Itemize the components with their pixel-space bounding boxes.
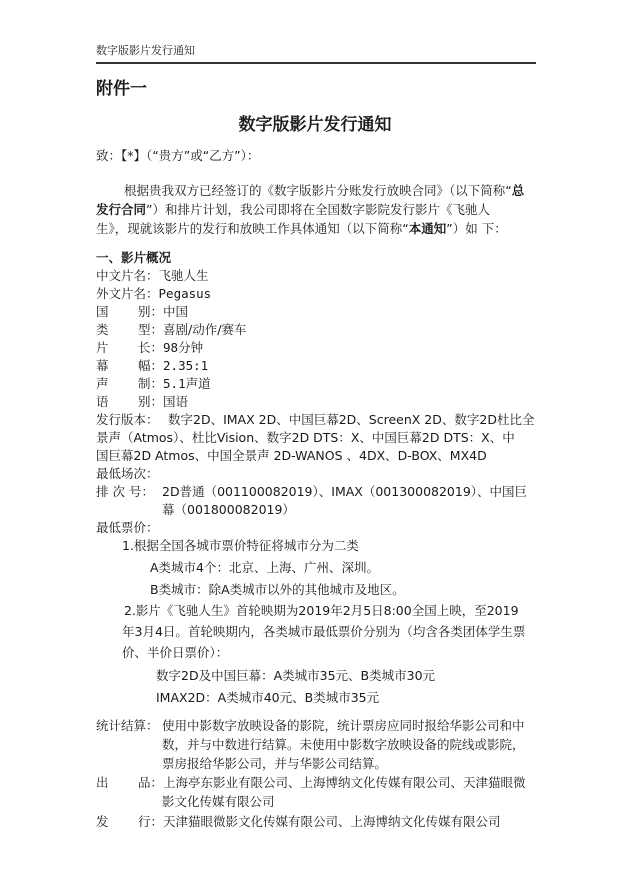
intro-line-2: 发行合同”）和排片计划，我公司即将在全国数字影院发行影片《飞驰人 [96,200,490,220]
field-value: 天津猫眼微影文化传媒有限公司、上海博纳文化传媒有限公司 [163,814,501,829]
intro-text: 根据贵我双方已经签订的《数字版影片分账发行放映合同》（以下简称“ [124,183,512,198]
field-aspect-ratio: 幕幅：2.35:1 [96,356,208,376]
producers-line-1: 出品：上海亭东影业有限公司、上海博纳文化传媒有限公司、天津猫眼微 [96,773,526,793]
field-label: 发 [96,812,138,832]
price-digital-2d: 数字2D及中国巨幕：A类城市35元、B类城市30元 [156,666,435,686]
field-value: 2.35:1 [163,358,208,373]
field-label: 语 [96,392,138,412]
schedule-no-line-1: 排 次 号：2D普通（001100082019）、IMAX（0013000820… [96,482,527,502]
field-label: 类 [96,320,138,340]
document-title: 数字版影片发行通知 [0,110,630,135]
city-category-a: A类城市4个：北京、上海、广州、深圳。 [150,558,379,578]
price-imax-2d: IMAX2D：A类城市40元、B类城市35元 [156,688,379,708]
release-versions-line-1: 发行版本：数字2D、IMAX 2D、中国巨幕2D、ScreenX 2D、数字2D… [96,410,534,430]
field-value: 中国 [163,304,188,319]
field-country: 国别：中国 [96,302,188,322]
running-header: 数字版影片发行通知 [96,42,195,58]
field-value: 喜剧/动作/赛车 [163,322,246,337]
field-label: 行： [138,814,163,829]
field-value: 使用中影数字放映设备的影院，统计票房应同时报给华影公司和中 [162,718,525,733]
field-label: 品： [138,775,163,790]
field-value: Pegasus [159,286,212,301]
field-language: 语别：国语 [96,392,188,412]
release-versions-line-2: 景声（Atmos）、杜比Vision、数字2D DTS：X、中国巨幕2D DTS… [96,428,515,448]
intro-bold: 总 [512,183,525,198]
field-label: 长： [138,340,163,355]
field-label: 出 [96,773,138,793]
field-label: 别： [138,394,163,409]
field-label: 别： [138,304,163,319]
price-rule-1: 1.根据全国各城市票价特征将城市分为二类 [122,536,359,556]
field-value: 数字2D、IMAX 2D、中国巨幕2D、ScreenX 2D、数字2D杜比全 [168,412,534,427]
annex-label: 附件一 [96,74,147,99]
field-chinese-title: 中文片名：飞驰人生 [96,266,209,286]
field-label: 幕 [96,356,138,376]
section-heading: 一、影片概况 [96,248,171,268]
field-label: 片 [96,338,138,358]
field-value: 飞驰人生 [159,268,209,283]
price-rule-2-line-2: 年3月4日。首轮映期内，各类城市最低票价分别为（均含各类团体学生票 [122,622,525,642]
price-rule-2-line-3: 价、半价日票价）： [122,643,228,663]
intro-bold: 本通知 [409,221,447,236]
schedule-no-line-2: 幕（001800082019） [162,500,295,520]
field-value: 5.1声道 [163,376,211,391]
distributors-line: 发行：天津猫眼微影文化传媒有限公司、上海博纳文化传媒有限公司 [96,812,501,832]
field-label: 中文片名： [96,266,159,286]
settlement-line-2: 数，并与中数进行结算。未使用中影数字放映设备的院线或影院， [162,735,525,755]
settlement-line-3: 票房报给华影公司，并与华影公司结算。 [162,754,387,774]
field-label: 幅： [138,358,163,373]
field-value: 2D普通（001100082019）、IMAX（001300082019）、中国… [162,484,527,499]
min-price-label: 最低票价： [96,518,159,538]
field-sound: 声制：5.1声道 [96,374,211,394]
field-foreign-title: 外文片名：Pegasus [96,284,211,304]
intro-line-3: 生》，现就该影片的发行和放映工作具体通知（以下简称“本通知”）如 下： [96,219,507,239]
field-value: 98分钟 [163,340,203,355]
field-label: 型： [138,322,163,337]
intro-bold: 发行合同 [96,202,146,217]
settlement-line-1: 统计结算：使用中影数字放映设备的影院，统计票房应同时报给华影公司和中 [96,716,525,736]
intro-line-1: 根据贵我双方已经签订的《数字版影片分账发行放映合同》（以下简称“总 [124,181,524,201]
field-genre: 类型：喜剧/动作/赛车 [96,320,246,340]
field-runtime: 片长：98分钟 [96,338,203,358]
field-label: 国 [96,302,138,322]
release-versions-line-3: 国巨幕2D Atmos、中国全景声 2D-WANOS 、4DX、D-BOX、MX… [96,446,487,466]
field-value: 国语 [163,394,188,409]
field-label: 排 次 号： [96,482,162,502]
field-label: 声 [96,374,138,394]
intro-text: ”）和排片计划，我公司即将在全国数字影院发行影片《飞驰人 [146,202,490,217]
field-label: 外文片名： [96,284,159,304]
intro-text: ”）如 下： [446,221,506,236]
field-label: 统计结算： [96,716,162,736]
price-rule-2-line-1: 2.影片《飞驰人生》首轮映期为2019年2月5日8:00全国上映，至2019 [124,601,519,621]
field-label: 制： [138,376,163,391]
producers-line-2: 影文化传媒有限公司 [162,792,275,812]
field-value: 上海亭东影业有限公司、上海博纳文化传媒有限公司、天津猫眼微 [163,775,526,790]
salutation: 致：【*】（“贵方”或“乙方”）： [96,146,259,166]
field-label: 发行版本： [96,410,168,430]
intro-text: 生》，现就该影片的发行和放映工作具体通知（以下简称“ [96,221,409,236]
header-divider [96,62,536,64]
city-category-b: B类城市：除A类城市以外的其他城市及地区。 [150,580,405,600]
min-screenings-label: 最低场次： [96,464,159,484]
